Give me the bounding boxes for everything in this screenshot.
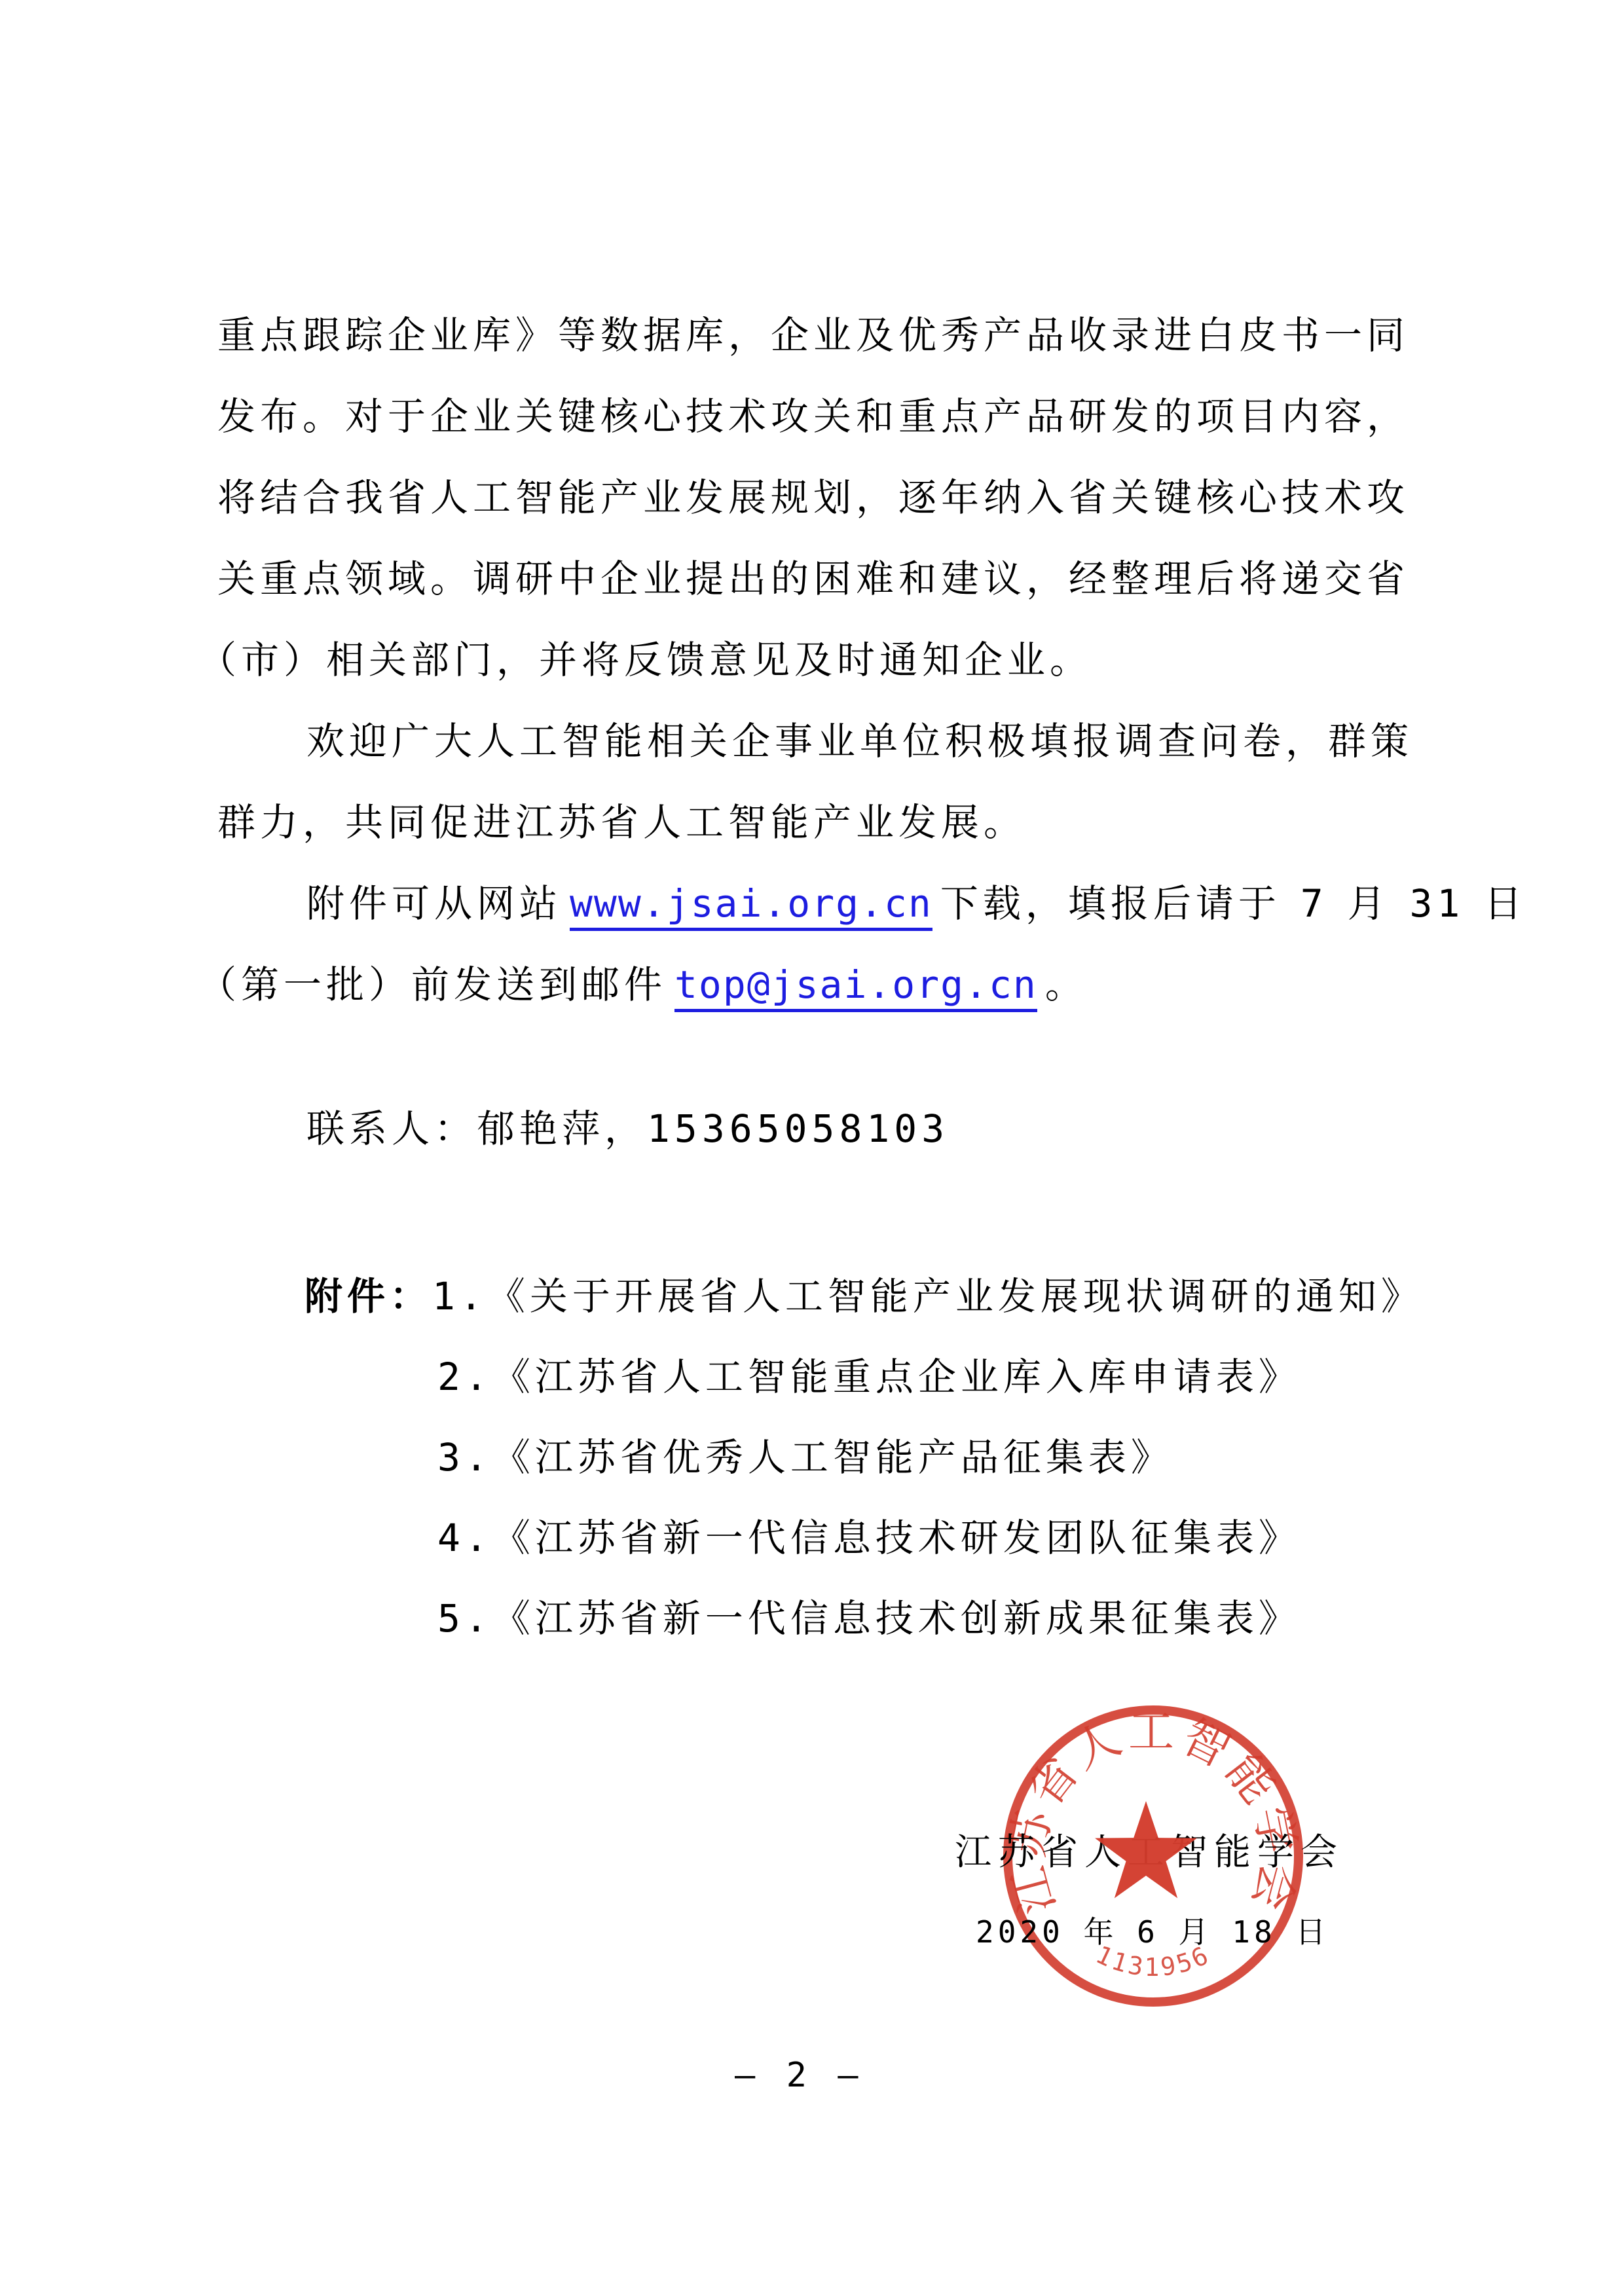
body-line-9-pre: （第一批）前发送到邮件 (198, 962, 667, 1007)
body-line-2: 发布。对于企业关键核心技术攻关和重点产品研发的项目内容， (217, 376, 1409, 457)
body-line-7: 群力，共同促进江苏省人工智能产业发展。 (217, 782, 1026, 863)
document-page: 重点跟踪企业库》等数据库，企业及优秀产品收录进白皮书一同 发布。对于企业关键核心… (0, 0, 1624, 2296)
attachment-item-5: 5.《江苏省新一代信息技术创新成果征集表》 (437, 1578, 1301, 1659)
body-line-1: 重点跟踪企业库》等数据库，企业及优秀产品收录进白皮书一同 (217, 295, 1409, 376)
seal-star-shape (1095, 1801, 1197, 1898)
body-line-8-pre: 附件可从网站 (306, 881, 562, 926)
attachments-line-1: 附件：1.《关于开展省人工智能产业发展现状调研的通知》 (304, 1256, 1424, 1337)
attachments-label: 附件： (304, 1275, 432, 1318)
body-line-8-post: 下载，填报后请于 7 月 31 日 (940, 881, 1526, 926)
contact-phone: 15365058103 (647, 1106, 949, 1151)
contact-line: 联系人：郁艳萍，15365058103 (306, 1088, 949, 1169)
body-line-9-post: 。 (1045, 962, 1088, 1007)
email-link[interactable]: top@jsai.org.cn (674, 962, 1037, 1012)
contact-label: 联系人：郁艳萍， (306, 1106, 647, 1151)
body-line-8: 附件可从网站www.jsai.org.cn下载，填报后请于 7 月 31 日 (306, 863, 1526, 944)
body-line-5: （市）相关部门，并将反馈意见及时通知企业。 (198, 619, 1092, 701)
body-line-3: 将结合我省人工智能产业发展规划，逐年纳入省关键核心技术攻 (217, 457, 1409, 538)
seal-star-icon (1080, 1789, 1211, 1920)
body-line-4: 关重点领域。调研中企业提出的困难和建议，经整理后将递交省 (217, 538, 1409, 619)
attachment-item-3: 3.《江苏省优秀人工智能产品征集表》 (437, 1417, 1173, 1498)
attachment-item-1: 1.《关于开展省人工智能产业发展现状调研的通知》 (432, 1274, 1424, 1319)
attachment-item-4: 4.《江苏省新一代信息技术研发团队征集表》 (437, 1497, 1301, 1578)
website-link[interactable]: www.jsai.org.cn (570, 881, 932, 931)
page-number: — 2 — (735, 2056, 864, 2095)
attachment-item-2: 2.《江苏省人工智能重点企业库入库申请表》 (437, 1336, 1301, 1417)
body-line-9: （第一批）前发送到邮件top@jsai.org.cn。 (198, 944, 1088, 1025)
body-line-6: 欢迎广大人工智能相关企事业单位积极填报调查问卷，群策 (306, 701, 1413, 782)
